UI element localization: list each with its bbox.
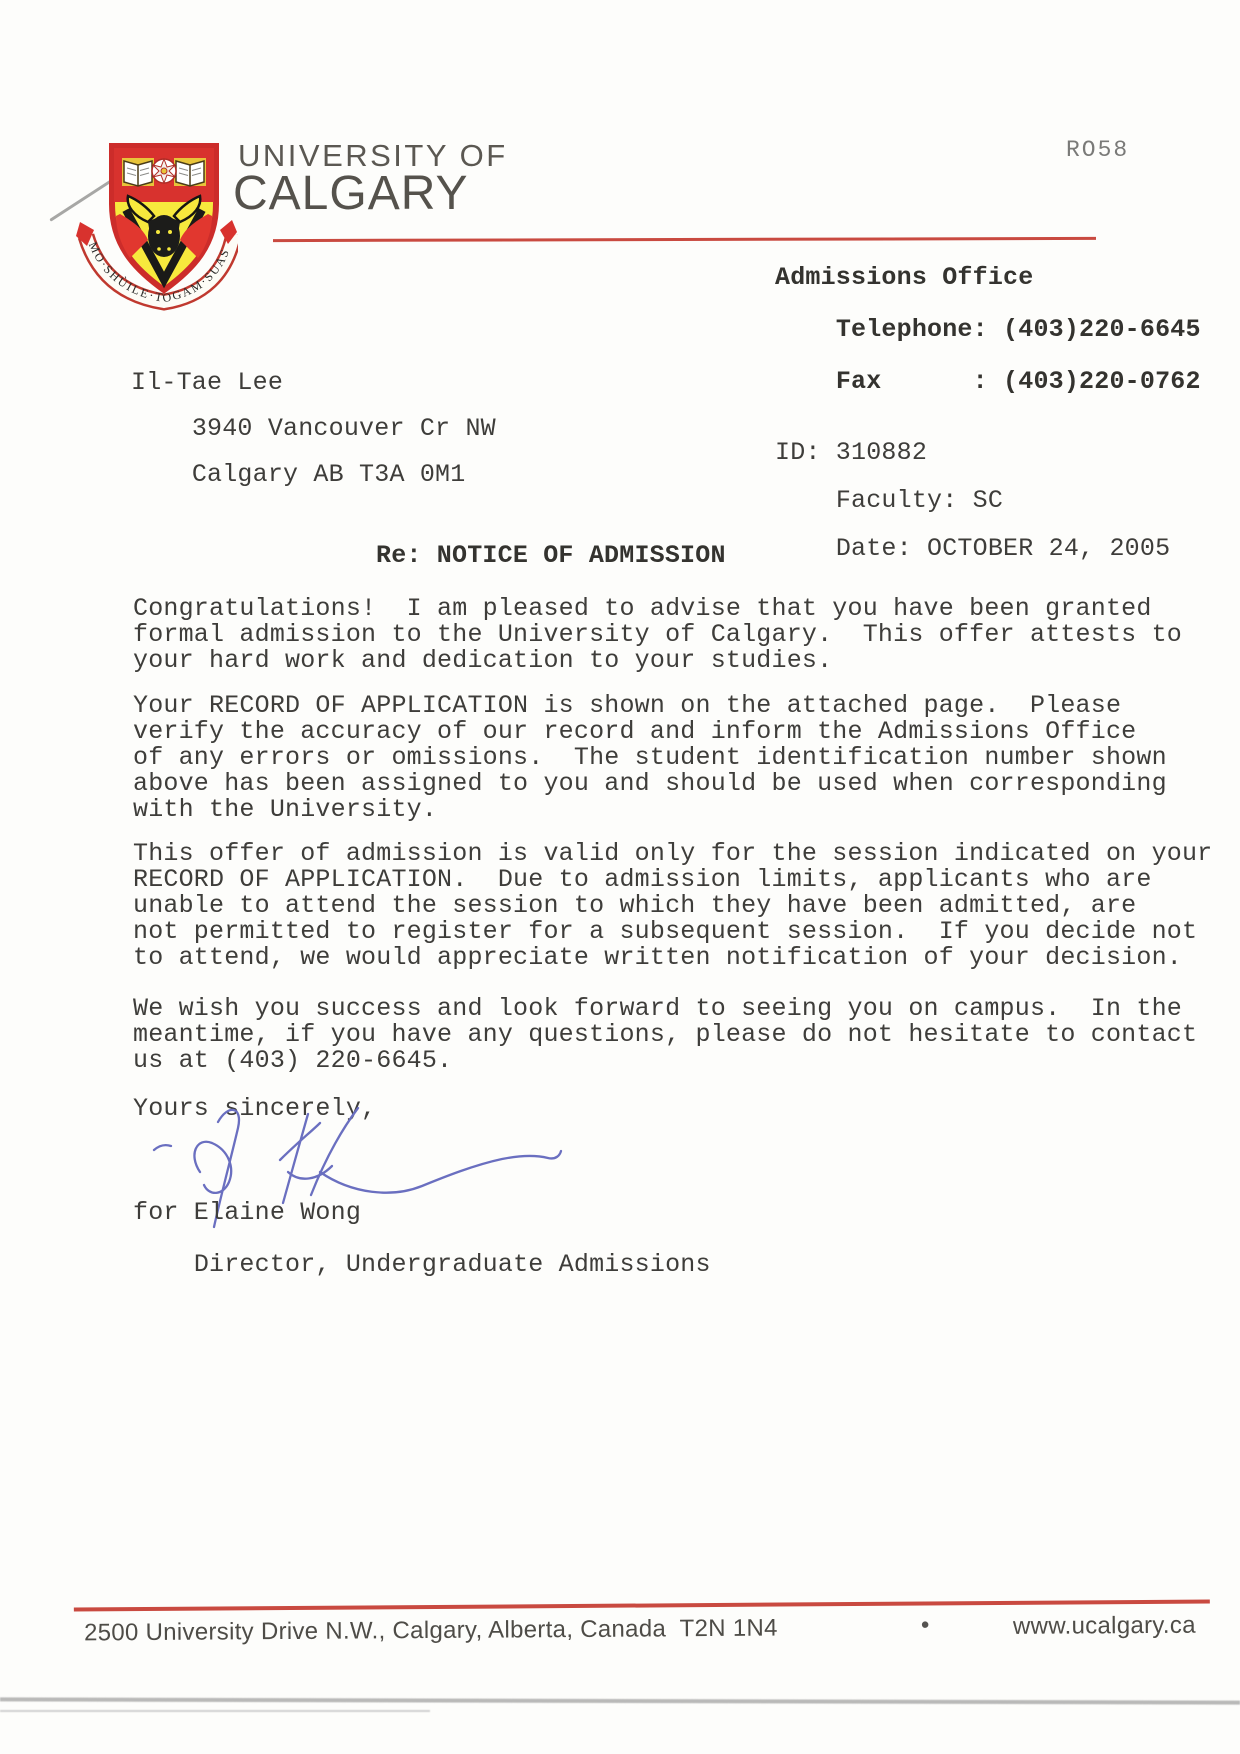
office-fax: Fax : (403)220-0762 (836, 367, 1201, 396)
office-telephone: Telephone: (403)220-6645 (836, 315, 1201, 344)
signer-block: for Elaine Wong Director, Undergraduate … (133, 1200, 711, 1304)
crest-open-book-left (122, 158, 154, 186)
crest-open-book-right (174, 158, 206, 186)
office-contact-block: Admissions Office Telephone: (403)220-66… (775, 265, 1201, 421)
body-paragraph-3: This offer of admission is valid only fo… (133, 841, 1223, 971)
subject-line: Re: NOTICE OF ADMISSION (376, 543, 726, 569)
crest-rose (152, 159, 176, 183)
office-name: Admissions Office (775, 263, 1033, 292)
university-of-calgary-crest: MO·SHÙILE·TOGAM·SUAS (74, 118, 238, 314)
scan-edge-artifact-2 (0, 1710, 430, 1712)
student-id-line: ID: 310882 (775, 438, 927, 467)
file-info-block: ID: 310882 Faculty: SC Date: OCTOBER 24,… (775, 441, 1170, 585)
faculty-line: Faculty: SC (836, 486, 1003, 515)
footer: 2500 University Drive N.W., Calgary, Alb… (0, 1599, 1240, 1651)
date-line: Date: OCTOBER 24, 2005 (836, 534, 1170, 563)
footer-address: 2500 University Drive N.W., Calgary, Alb… (84, 1614, 778, 1647)
wordmark-calgary: CALGARY (233, 166, 469, 221)
signer-name: for Elaine Wong (133, 1198, 361, 1227)
scanned-admission-letter: MO·SHÙILE·TOGAM·SUAS UNIVERSITY OF CALGA… (0, 0, 1240, 1754)
header-divider-line (273, 237, 1096, 242)
reference-code: RO58 (1066, 137, 1129, 163)
signer-title: Director, Undergraduate Admissions (194, 1250, 711, 1279)
recipient-name: Il-Tae Lee (131, 368, 283, 397)
recipient-address-line1: 3940 Vancouver Cr NW (192, 414, 496, 443)
footer-bullet-icon: • (921, 1611, 930, 1639)
body-paragraph-1: Congratulations! I am pleased to advise … (133, 596, 1223, 674)
recipient-address-block: Il-Tae Lee 3940 Vancouver Cr NW Calgary … (131, 371, 496, 509)
body-paragraph-4: We wish you success and look forward to … (133, 996, 1223, 1074)
scan-edge-artifact (0, 1697, 1240, 1704)
recipient-address-line2: Calgary AB T3A 0M1 (192, 460, 466, 489)
footer-website: www.ucalgary.ca (1013, 1611, 1196, 1640)
body-paragraph-2: Your RECORD OF APPLICATION is shown on t… (133, 693, 1223, 823)
